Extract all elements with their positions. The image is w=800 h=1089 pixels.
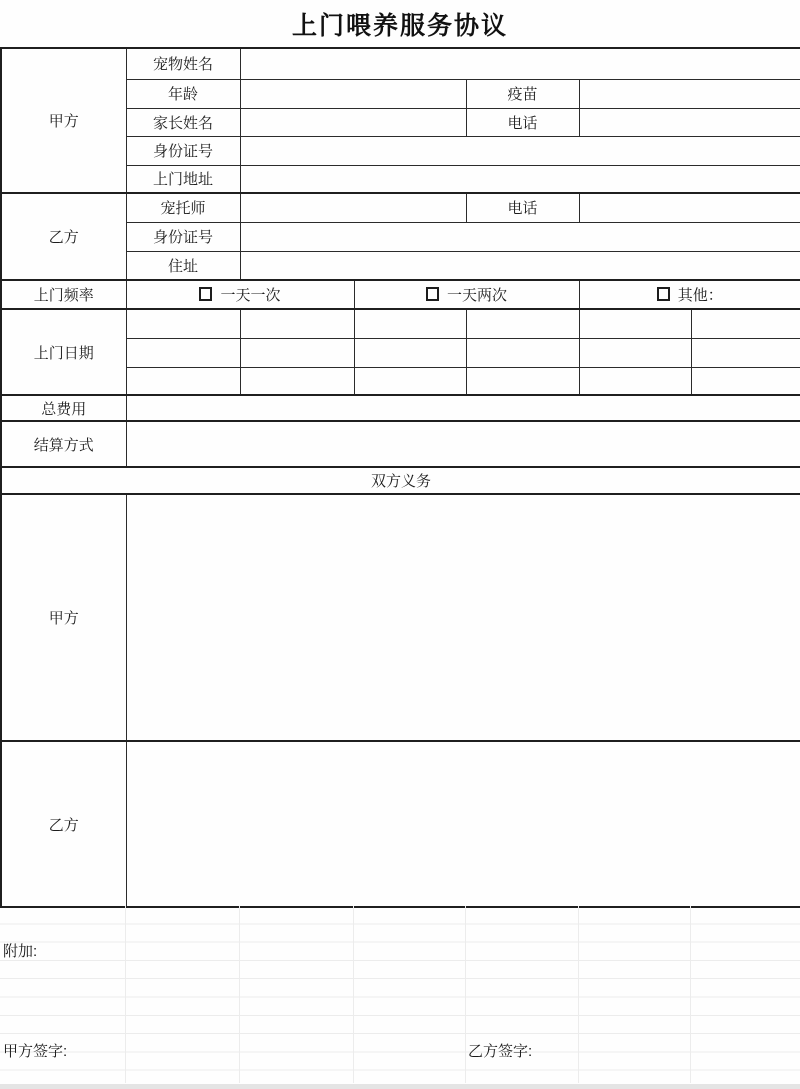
- frequency-option-twice[interactable]: 一天两次: [354, 280, 579, 309]
- visit-date-cell[interactable]: [240, 309, 354, 338]
- party-a-phone-label: 电话: [466, 108, 579, 136]
- party-b-address-label: 住址: [126, 251, 240, 280]
- total-fee-label: 总费用: [1, 395, 126, 421]
- visit-date-cell[interactable]: [466, 338, 579, 367]
- party-b-id-input-cell[interactable]: [240, 222, 800, 251]
- visit-date-cell[interactable]: [691, 367, 800, 395]
- visit-date-cell[interactable]: [354, 309, 466, 338]
- frequency-once-label: 一天一次: [220, 287, 280, 304]
- sitter-input-cell[interactable]: [240, 193, 466, 222]
- party-b-section-label: 乙方: [1, 193, 126, 280]
- age-label: 年龄: [126, 79, 240, 108]
- party-b-signature-label: 乙方签字:: [468, 1043, 532, 1060]
- visit-date-cell[interactable]: [579, 367, 691, 395]
- grid-column-line: [465, 906, 466, 1083]
- party-a-section-label: 甲方: [1, 48, 126, 193]
- visit-date-cell[interactable]: [354, 367, 466, 395]
- checkbox-icon[interactable]: [199, 287, 212, 301]
- visit-date-cell[interactable]: [691, 338, 800, 367]
- settlement-label: 结算方式: [1, 421, 126, 467]
- grid-column-line: [239, 906, 240, 1083]
- spreadsheet-grid-area: [0, 906, 800, 1089]
- visit-date-cell[interactable]: [354, 338, 466, 367]
- visit-date-cell[interactable]: [240, 367, 354, 395]
- visit-date-cell[interactable]: [579, 309, 691, 338]
- frequency-label: 上门频率: [1, 280, 126, 309]
- obligations-party-b-label: 乙方: [1, 741, 126, 907]
- parent-name-input-cell[interactable]: [240, 108, 466, 136]
- obligations-party-a-content-cell[interactable]: [126, 494, 800, 741]
- grid-column-line: [353, 906, 354, 1083]
- obligations-header: 双方义务: [1, 467, 800, 494]
- pet-name-label: 宠物姓名: [126, 48, 240, 79]
- party-a-signature-label: 甲方签字:: [3, 1043, 67, 1060]
- obligations-party-b-content-cell[interactable]: [126, 741, 800, 907]
- party-b-phone-input-cell[interactable]: [579, 193, 800, 222]
- visit-date-cell[interactable]: [579, 338, 691, 367]
- visit-address-input-cell[interactable]: [240, 165, 800, 193]
- visit-date-cell[interactable]: [126, 309, 240, 338]
- sitter-label: 宠托师: [126, 193, 240, 222]
- parent-name-label: 家长姓名: [126, 108, 240, 136]
- party-a-phone-input-cell[interactable]: [579, 108, 800, 136]
- party-a-id-input-cell[interactable]: [240, 136, 800, 165]
- visit-address-label: 上门地址: [126, 165, 240, 193]
- frequency-option-other[interactable]: 其他：: [579, 280, 800, 309]
- settlement-input-cell[interactable]: [126, 421, 800, 467]
- total-fee-input-cell[interactable]: [126, 395, 800, 421]
- checkbox-icon[interactable]: [426, 287, 439, 301]
- frequency-option-once[interactable]: 一天一次: [126, 280, 354, 309]
- agreement-table: 甲方 宠物姓名 年龄 疫苗 家长姓名 电话 身份证号 上门地址: [0, 47, 800, 908]
- visit-date-cell[interactable]: [466, 309, 579, 338]
- checkbox-icon[interactable]: [657, 287, 670, 301]
- vaccine-input-cell[interactable]: [579, 79, 800, 108]
- grid-column-line: [690, 906, 691, 1083]
- agreement-page: 上门喂养服务协议 甲方 宠物姓名 年龄 疫苗 家长姓名 电话: [0, 0, 800, 1089]
- obligations-party-a-label: 甲方: [1, 494, 126, 741]
- party-b-address-input-cell[interactable]: [240, 251, 800, 280]
- frequency-other-label: 其他：: [678, 287, 723, 304]
- bottom-edge-strip: [0, 1084, 800, 1089]
- grid-column-line: [578, 906, 579, 1083]
- age-input-cell[interactable]: [240, 79, 466, 108]
- visit-dates-label: 上门日期: [1, 309, 126, 395]
- additional-label: 附加:: [3, 943, 37, 960]
- visit-date-cell[interactable]: [126, 367, 240, 395]
- visit-date-cell[interactable]: [691, 309, 800, 338]
- vaccine-label: 疫苗: [466, 79, 579, 108]
- party-a-id-label: 身份证号: [126, 136, 240, 165]
- grid-column-line: [125, 906, 126, 1083]
- pet-name-input-cell[interactable]: [240, 48, 800, 79]
- visit-date-cell[interactable]: [466, 367, 579, 395]
- frequency-twice-label: 一天两次: [447, 287, 507, 304]
- party-b-phone-label: 电话: [466, 193, 579, 222]
- party-b-id-label: 身份证号: [126, 222, 240, 251]
- visit-date-cell[interactable]: [240, 338, 354, 367]
- visit-date-cell[interactable]: [126, 338, 240, 367]
- page-title: 上门喂养服务协议: [0, 0, 800, 47]
